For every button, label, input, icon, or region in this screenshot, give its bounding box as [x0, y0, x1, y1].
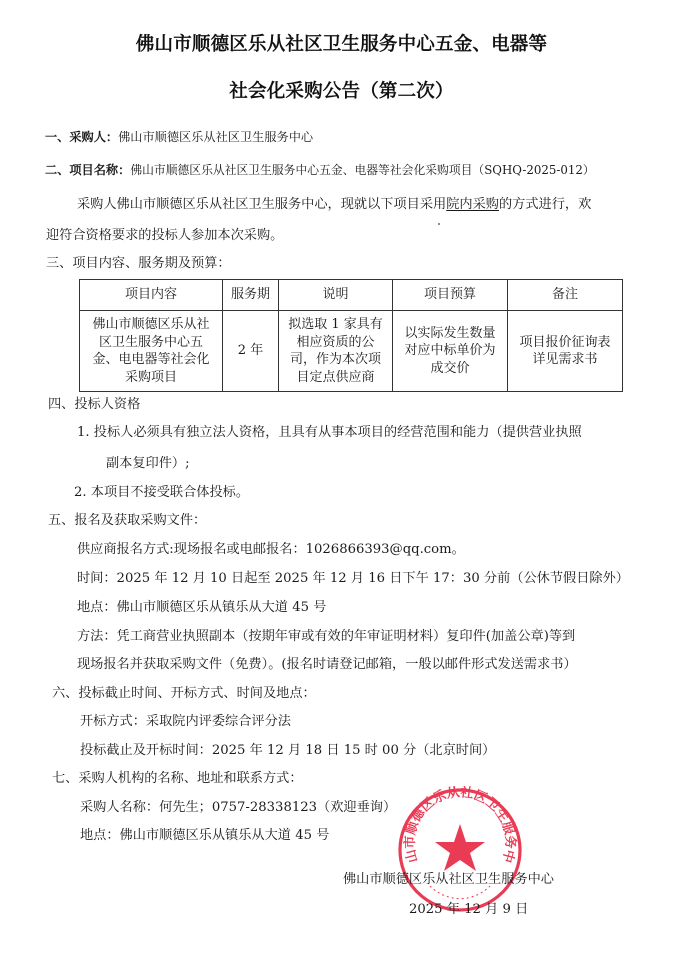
intro-paragraph-line2: 迎符合资格要求的投标人参加本次采购。: [46, 227, 283, 245]
scan-speck: [438, 223, 440, 225]
seal-text: 佛山市顺德区乐从社区卫生服务中心: [396, 786, 518, 865]
registration-method: 供应商报名方式:现场报名或电邮报名：1026866393@qq.com。: [77, 541, 465, 559]
bid-deadline: 投标截止及开标时间：2025 年 12 月 18 日 15 时 00 分（北京时…: [80, 742, 495, 760]
bid-opening-method: 开标方式：采取院内评委综合评分法: [80, 713, 291, 731]
registration-procedure-line2: 现场报名并获取采购文件（免费）。(报名时请登记邮箱，一般以邮件形式发送需求书）: [77, 656, 577, 674]
purchaser-contact: 采购人名称：何先生；0757-28338123（欢迎垂询）: [80, 799, 396, 817]
section4-heading: 四、投标人资格: [48, 396, 140, 414]
qualification-item-1-line2: 副本复印件）;: [106, 455, 190, 473]
cell-description: 拟选取 1 家具有相应资质的公司，作为本次项目定点供应商: [279, 311, 393, 392]
section-project-name: 二、项目名称：佛山市顺德区乐从社区卫生服务中心五金、电器等社会化采购项目（SQH…: [45, 161, 595, 179]
cell-budget: 以实际发生数量对应中标单价为成交价: [393, 311, 508, 392]
table-header-budget: 项目预算: [393, 280, 508, 311]
section7-heading: 七、采购人机构的名称、地址和联系方式：: [52, 770, 303, 788]
section6-heading: 六、投标截止时间、开标方式、时间及地点：: [52, 685, 316, 703]
project-name-value: 佛山市顺德区乐从社区卫生服务中心五金、电器等社会化采购项目（SQHQ-2025-…: [130, 163, 594, 177]
registration-location: 地点：佛山市顺德区乐从镇乐从大道 45 号: [77, 599, 326, 617]
table-header-content: 项目内容: [80, 280, 223, 311]
document-title-line1: 佛山市顺德区乐从社区卫生服务中心五金、电器等: [0, 30, 683, 56]
registration-procedure-line1: 方法：凭工商营业执照副本（按期年审或有效的年审证明材料）复印件(加盖公章)等到: [77, 628, 575, 646]
intro-text-part2: 的方式进行，欢: [499, 197, 591, 212]
signature-date: 2025 年 12 月 9 日: [409, 898, 528, 917]
section3-heading: 三、项目内容、服务期及预算：: [46, 255, 231, 273]
cell-period: 2 年: [223, 311, 279, 392]
qualification-item-2: 2. 本项目不接受联合体投标。: [74, 484, 249, 502]
table-header-row: 项目内容 服务期 说明 项目预算 备注: [80, 280, 623, 311]
cell-content: 佛山市顺德区乐从社区卫生服务中心五金、电电器等社会化采购项目: [80, 311, 223, 392]
table-header-period: 服务期: [223, 280, 279, 311]
document-title-line2: 社会化采购公告（第二次）: [0, 77, 683, 103]
purchaser-label: 一、采购人：: [45, 130, 118, 144]
svg-text:佛山市顺德区乐从社区卫生服务中心: 佛山市顺德区乐从社区卫生服务中心: [396, 786, 518, 865]
signature-organization: 佛山市顺德区乐从社区卫生服务中心: [343, 868, 554, 887]
intro-text-part1: 采购人佛山市顺德区乐从社区卫生服务中心，现就以下项目采用: [77, 197, 446, 212]
registration-time: 时间：2025 年 12 月 10 日起至 2025 年 12 月 16 日下午…: [77, 570, 629, 588]
cell-remark: 项目报价征询表详见需求书: [508, 311, 623, 392]
table-header-remark: 备注: [508, 280, 623, 311]
purchaser-address: 地点：佛山市顺德区乐从镇乐从大道 45 号: [80, 827, 329, 845]
purchaser-value: 佛山市顺德区乐从社区卫生服务中心: [118, 130, 313, 144]
project-table: 项目内容 服务期 说明 项目预算 备注 佛山市顺德区乐从社区卫生服务中心五金、电…: [79, 279, 623, 392]
project-name-label: 二、项目名称：: [45, 163, 130, 177]
section5-heading: 五、报名及获取采购文件：: [48, 512, 206, 530]
table-row: 佛山市顺德区乐从社区卫生服务中心五金、电电器等社会化采购项目 2 年 拟选取 1…: [80, 311, 623, 392]
qualification-item-1-line1: 1. 投标人必须具有独立法人资格，且具有从事本项目的经营范围和能力（提供营业执照: [77, 424, 582, 442]
intro-paragraph-line1: 采购人佛山市顺德区乐从社区卫生服务中心，现就以下项目采用院内采购的方式进行，欢: [77, 196, 591, 214]
section-purchaser: 一、采购人：佛山市顺德区乐从社区卫生服务中心: [45, 128, 313, 146]
official-seal-icon: 佛山市顺德区乐从社区卫生服务中心: [396, 786, 524, 914]
table-header-description: 说明: [279, 280, 393, 311]
procurement-method-underlined: 院内采购: [446, 197, 499, 212]
